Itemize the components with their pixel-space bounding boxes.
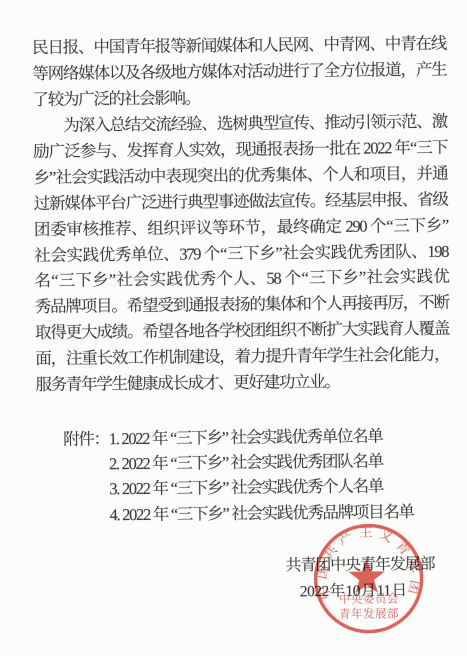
body-line: 等网络媒体以及各级地方媒体对活动进行了全方位报道，产生	[32, 57, 446, 87]
seal-dept-line2: 青年发展部	[339, 606, 399, 621]
body-line: 面，注重长效工作机制建设，着力提升青年学生社会化能力，	[35, 342, 449, 372]
body-line: 为深入总结交流经验、选树典型宣传、推动引领示范、激	[33, 109, 447, 139]
attachment-item: 2. 2022 年 “三下乡” 社会实践优秀团队名单	[109, 448, 413, 476]
attachments-list: 1. 2022 年 “三下乡” 社会实践优秀单位名单 2. 2022 年 “三下…	[109, 423, 414, 527]
official-seal: 中国共产主义青年团 中央委员会 青年发展部	[308, 518, 429, 639]
seal-arc-text: 中国共产主义青年团	[312, 524, 424, 602]
attachments-block: 附件： 1. 2022 年 “三下乡” 社会实践优秀单位名单 2. 2022 年…	[63, 423, 414, 527]
body-line: 服务青年学生健康成长成才、更好建功立业。	[35, 368, 449, 398]
body-line: 团委审核推荐、组织评议等环节，最终确定 290 个“三下乡”	[34, 212, 448, 242]
body-line: 乡”社会实践活动中表现突出的优秀集体、个人和项目，并通	[33, 160, 447, 190]
attachment-item: 1. 2022 年 “三下乡” 社会实践优秀单位名单	[109, 423, 413, 451]
document-body: 民日报、中国青年报等新闻媒体和人民网、中青网、中青在线 等网络媒体以及各级地方媒…	[32, 31, 450, 398]
body-line: 励广泛参与、发挥育人实效，现通报表扬一批在 2022 年“三下	[33, 135, 447, 165]
attachment-item: 3. 2022 年 “三下乡” 社会实践优秀个人名单	[109, 474, 413, 502]
attachments-label: 附件：	[63, 426, 109, 452]
document-scan-area: 民日报、中国青年报等新闻媒体和人民网、中青网、中青在线 等网络媒体以及各级地方媒…	[0, 0, 467, 656]
star-icon	[348, 558, 385, 593]
seal-arc-text-holder: 中国共产主义青年团	[312, 524, 424, 602]
body-line: 过新媒体平台广泛进行典型事迹做法宣传。经基层申报、省级	[34, 186, 448, 216]
scanned-document-page: 民日报、中国青年报等新闻媒体和人民网、中青网、中青在线 等网络媒体以及各级地方媒…	[0, 0, 467, 656]
seal-dept-line1: 中央委员会	[339, 591, 399, 606]
